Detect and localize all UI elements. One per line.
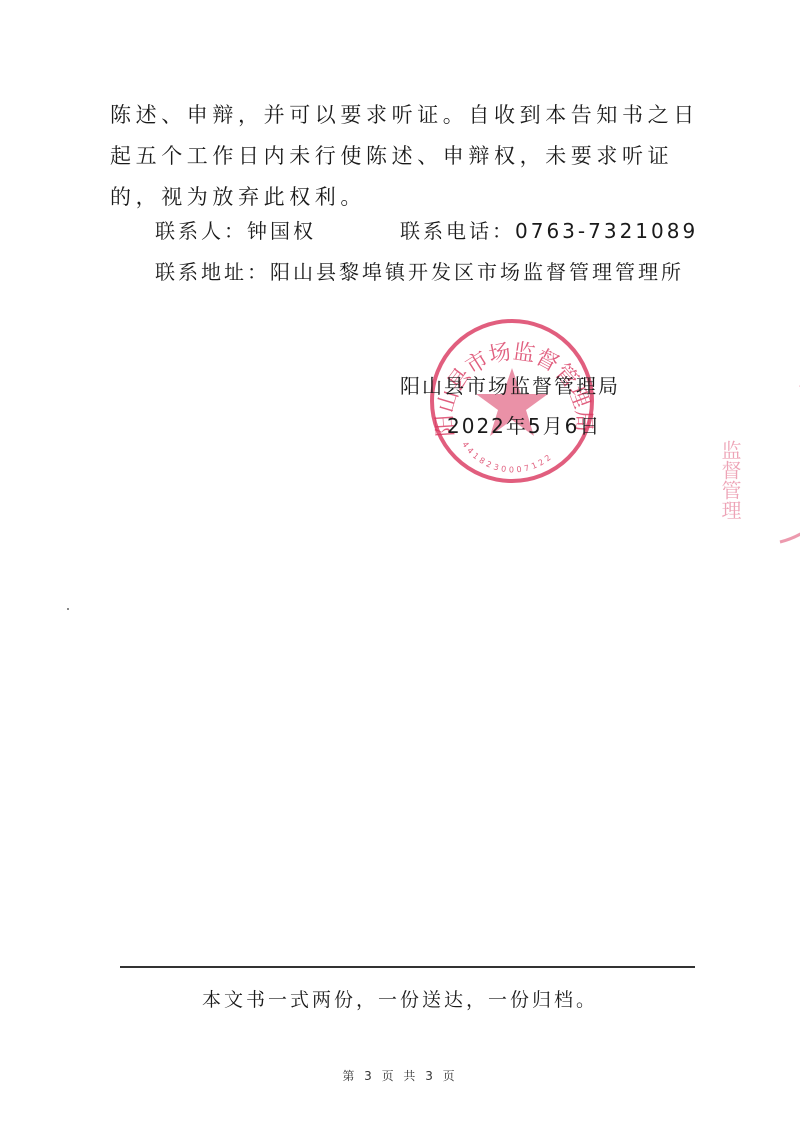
body-paragraph: 陈述、申辩，并可以要求听证。自收到本告知书之日起五个工作日内未行使陈述、申辩权，… (110, 95, 700, 218)
contact-address-line: 联系地址：阳山县黎埠镇开发区市场监督管理管理所 (155, 256, 684, 285)
contact-address-label: 联系地址： (155, 260, 270, 284)
contact-person-label: 联系人： (155, 219, 247, 243)
contact-phone-line: 联系电话：0763-7321089 (400, 215, 698, 244)
scan-speck (67, 608, 69, 610)
partial-seal-icon: 监督管理 (700, 380, 800, 550)
svg-text:监督管理: 监督管理 (718, 440, 742, 520)
contact-address-value: 阳山县黎埠镇开发区市场监督管理管理所 (270, 260, 684, 284)
contact-phone-value: 0763-7321089 (515, 219, 698, 243)
footer-note: 本文书一式两份，一份送达，一份归档。 (0, 985, 800, 1012)
contact-person-value: 钟国权 (247, 219, 316, 243)
contact-phone-label: 联系电话： (400, 219, 515, 243)
signature-date: 2022年5月6日 (447, 410, 601, 439)
svg-text:4418230007122: 4418230007122 (460, 440, 555, 475)
official-seal-icon: 阳山县市场监督管理局 4418230007122 (426, 316, 598, 486)
page-indicator: 第 3 页 共 3 页 (0, 1067, 800, 1084)
contact-person-line: 联系人：钟国权 (155, 215, 316, 244)
footer-divider (120, 966, 695, 968)
seal-code: 4418230007122 (460, 440, 555, 475)
signature-org: 阳山县市场监督管理局 (400, 370, 620, 399)
